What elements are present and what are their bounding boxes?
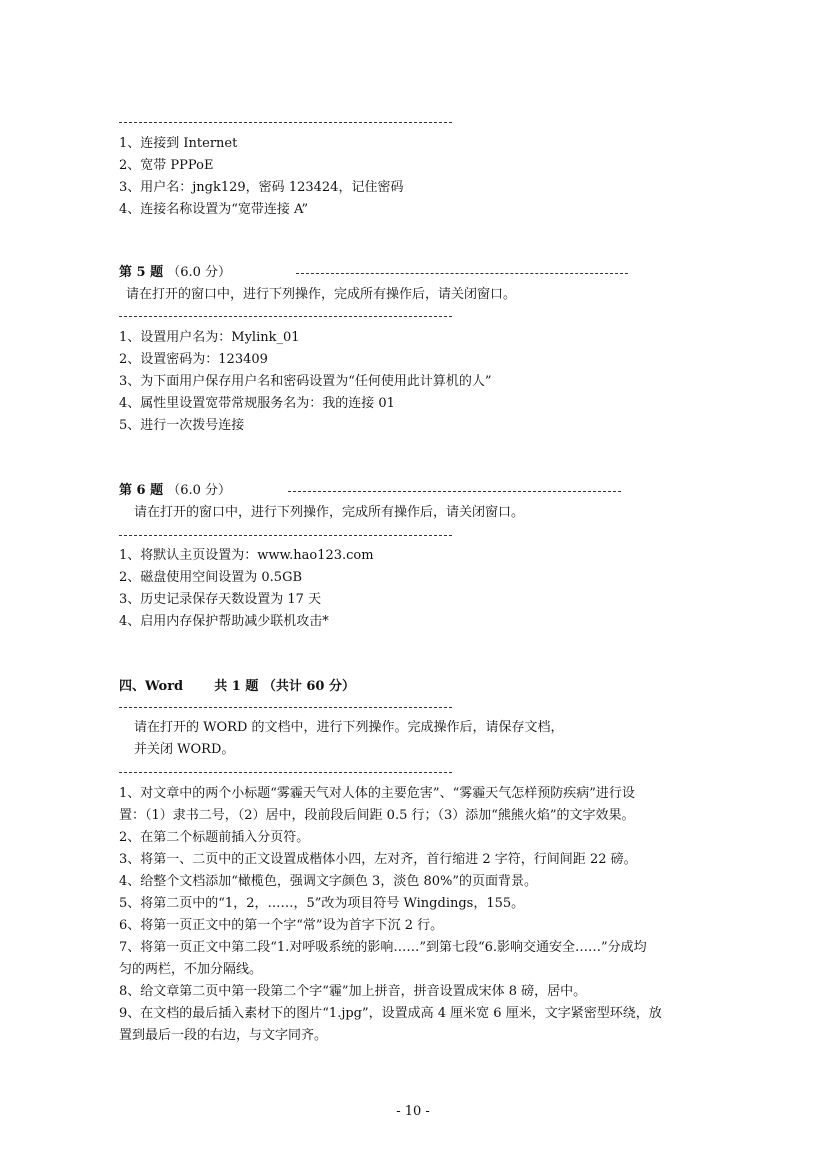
dashed-divider [119,122,452,123]
page-number: - 10 - [0,1104,826,1119]
section-title: 四、Word [119,679,183,694]
list-item: 4、属性里设置宽带常规服务名为：我的连接 01 [119,396,395,412]
list-item: 1、设置用户名为：Mylink_01 [119,330,300,346]
word-instruction-line2: 并关闭 WORD。 [134,742,234,758]
list-item: 2、宽带 PPPoE [119,158,213,174]
document-page: 1、连接到 Internet 2、宽带 PPPoE 3、用户名：jngk129，… [0,0,826,1169]
dashed-divider [119,707,452,708]
task-line: 匀的两栏，不加分隔线。 [119,962,262,978]
list-item: 2、磁盘使用空间设置为 0.5GB [119,570,302,586]
task-line: 8、给文章第二页中第一段第二个字“霾”加上拼音，拼音设置成宋体 8 磅，居中。 [119,984,586,1000]
list-item: 5、进行一次拨号连接 [119,418,244,434]
task-line: 置到最后一段的右边，与文字同齐。 [119,1028,327,1044]
dashed-divider [119,772,452,773]
list-item: 4、连接名称设置为“宽带连接 A” [119,202,308,218]
list-item: 1、将默认主页设置为：www.hao123.com [119,548,374,564]
task-line: 4、给整个文档添加“橄榄色，强调文字颜色 3，淡色 80%”的页面背景。 [119,874,537,890]
section-count: 共 1 题 [214,679,258,694]
list-item: 4、启用内存保护帮助减少联机攻击* [119,614,329,630]
dashed-divider [296,273,628,274]
task-line: 1、对文章中的两个小标题“雾霾天气对人体的主要危害”、“雾霾天气怎样预防疾病”进… [119,786,635,802]
question-title: 第 6 题 [119,483,163,498]
dashed-divider [119,535,452,536]
question-5-heading: 第 5 题 （6.0 分） [119,265,231,281]
list-item: 3、为下面用户保存用户名和密码设置为“任何使用此计算机的人” [119,374,492,390]
task-line: 2、在第二个标题前插入分页符。 [119,830,309,846]
task-line: 6、将第一页正文中的第一个字“常”设为首字下沉 2 行。 [119,918,443,934]
question-score: （6.0 分） [167,483,231,498]
question-instruction: 请在打开的窗口中，进行下列操作，完成所有操作后，请关闭窗口。 [134,505,524,521]
question-score: （6.0 分） [167,265,231,280]
list-item: 3、用户名：jngk129，密码 123424，记住密码 [119,180,403,196]
question-title: 第 5 题 [119,265,163,280]
task-line: 3、将第一、二页中的正文设置成楷体小四，左对齐，首行缩进 2 字符，行间间距 2… [119,852,637,868]
dashed-divider [288,491,621,492]
dashed-divider [119,316,452,317]
question-instruction: 请在打开的窗口中，进行下列操作，完成所有操作后，请关闭窗口。 [126,287,516,303]
list-item: 2、设置密码为：123409 [119,352,268,368]
word-instruction-line1: 请在打开的 WORD 的文档中，进行下列操作。完成操作后，请保存文档， [134,720,564,736]
task-line: 5、将第二页中的“1，2，……，5”改为项目符号 Wingdings，155。 [119,896,524,912]
task-line: 7、将第一页正文中第二段“1.对呼吸系统的影响……”到第七段“6.影响交通安全…… [119,940,647,956]
list-item: 1、连接到 Internet [119,136,237,152]
list-item: 3、历史记录保存天数设置为 17 天 [119,592,321,608]
task-line: 9、在文档的最后插入素材下的图片“1.jpg”，设置成高 4 厘米宽 6 厘米，… [119,1006,662,1022]
section-total: （共计 60 分） [263,679,355,694]
word-section-heading: 四、Word 共 1 题 （共计 60 分） [119,679,355,695]
task-line: 置：（1）隶书二号，（2）居中，段前段后间距 0.5 行；（3）添加“熊熊火焰”… [119,808,635,824]
question-6-heading: 第 6 题 （6.0 分） [119,483,231,499]
